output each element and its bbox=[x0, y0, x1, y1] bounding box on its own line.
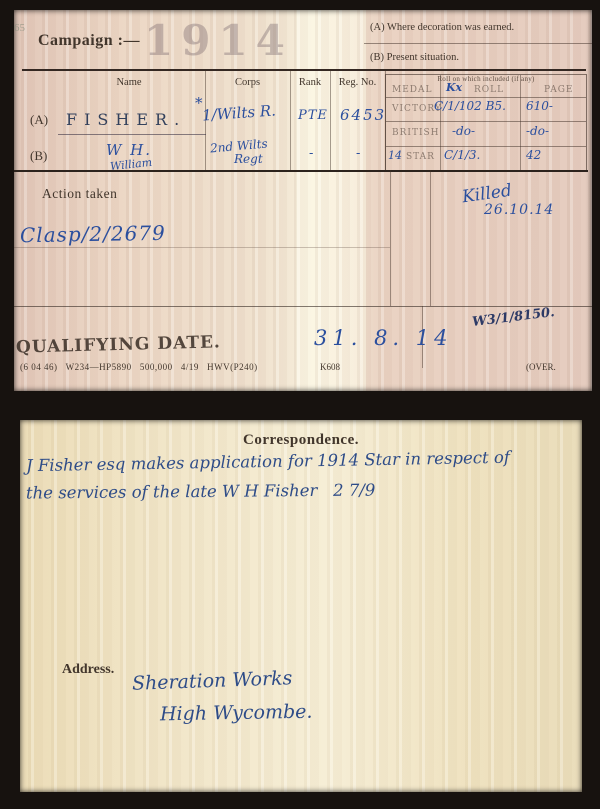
row-a-label: (A) bbox=[30, 112, 48, 128]
roll-row-medal-handwritten-prefix: 14 bbox=[388, 149, 402, 162]
footer-print-code: (6 04 46) W234—HP5890 500,000 4/19 HWV(P… bbox=[20, 362, 258, 372]
footer-batch-code: K608 bbox=[320, 362, 340, 372]
note-a-underline bbox=[364, 43, 592, 44]
roll-row-page: 42 bbox=[526, 148, 541, 162]
row-a-underline bbox=[58, 134, 206, 135]
medal-index-card: 65 Campaign :— 1914 (A) Where decoration… bbox=[14, 10, 592, 391]
action-taken-note: Clasp/2/2679 bbox=[20, 221, 166, 248]
note-b-label: (B) Present situation. bbox=[370, 52, 459, 63]
fate-note-line2: 26.10.14 bbox=[484, 202, 554, 218]
row-a-reg-no: 6453 bbox=[340, 106, 386, 124]
faint-row-line bbox=[14, 247, 390, 248]
col-header-reg-no: Reg. No. bbox=[330, 77, 385, 88]
roll-col-page: PAGE bbox=[544, 85, 574, 95]
col-header-rank: Rank bbox=[290, 77, 330, 88]
address-label: Address. bbox=[62, 662, 114, 678]
roll-row-medal: STAR bbox=[406, 152, 435, 162]
roll-row-line bbox=[386, 146, 586, 147]
address-line2: High Wycombe. bbox=[160, 701, 313, 726]
correspondence-title: Correspondence. bbox=[20, 432, 582, 449]
note-a-label: (A) Where decoration was earned. bbox=[370, 22, 514, 33]
row-a-rank: PTE bbox=[298, 108, 328, 123]
column-line bbox=[430, 170, 431, 306]
roll-row-line bbox=[386, 121, 586, 122]
correspondence-line1: J Fisher esq makes application for 1914 … bbox=[26, 448, 510, 475]
footer-over-label: (OVER. bbox=[526, 362, 556, 372]
campaign-year-stamp: 1914 bbox=[144, 16, 293, 65]
roll-row-medal: BRITISH bbox=[392, 128, 440, 138]
section-rule bbox=[14, 170, 588, 172]
roll-row-page: 610- bbox=[526, 99, 553, 113]
reference-note: W3/1/8150. bbox=[471, 305, 555, 330]
roll-row-line bbox=[386, 97, 586, 98]
column-line bbox=[390, 170, 391, 306]
qualifying-date-stamp: QUALIFYING DATE. bbox=[16, 332, 221, 357]
qualifying-date-value: 31. 8. 14 bbox=[314, 326, 453, 350]
correspondence-card: Correspondence. J Fisher esq makes appli… bbox=[20, 420, 582, 792]
row-b-corps-line2: Regt bbox=[234, 152, 263, 166]
roll-row-page: -do- bbox=[526, 124, 549, 138]
row-a-corps: 1/Wilts R. bbox=[201, 101, 276, 124]
campaign-label: Campaign :— bbox=[38, 32, 140, 50]
roll-column-line bbox=[520, 75, 521, 171]
address-line1: Sheration Works bbox=[132, 667, 293, 695]
row-a-surname: FISHER. bbox=[66, 110, 186, 129]
col-header-corps: Corps bbox=[205, 77, 290, 88]
section-line bbox=[14, 306, 592, 307]
roll-table-title: Roll on which included (if any) bbox=[386, 75, 586, 83]
column-line bbox=[330, 70, 331, 170]
row-b-label: (B) bbox=[30, 148, 47, 164]
header-rule bbox=[22, 69, 586, 71]
row-b-rank: - bbox=[309, 146, 313, 161]
roll-col-medal: MEDAL bbox=[392, 85, 432, 95]
roll-col-roll: ROLL bbox=[474, 85, 504, 95]
column-line bbox=[290, 70, 291, 170]
roll-row-ref: C/1/3. bbox=[444, 148, 480, 162]
row-b-reg-no: - bbox=[356, 146, 360, 161]
roll-row-ref: C/1/102 B5. bbox=[434, 99, 506, 113]
roll-row-ref: -do- bbox=[452, 124, 475, 138]
medal-roll-table: Roll on which included (if any) MEDAL RO… bbox=[385, 74, 587, 172]
roll-column-line bbox=[440, 75, 441, 171]
corner-pencil-note: 65 bbox=[14, 22, 25, 34]
col-header-name: Name bbox=[54, 77, 204, 88]
action-taken-label: Action taken bbox=[42, 186, 117, 202]
correspondence-line2: the services of the late W H Fisher 2 7/… bbox=[26, 480, 376, 502]
roll-annotation: Kx bbox=[446, 81, 462, 94]
